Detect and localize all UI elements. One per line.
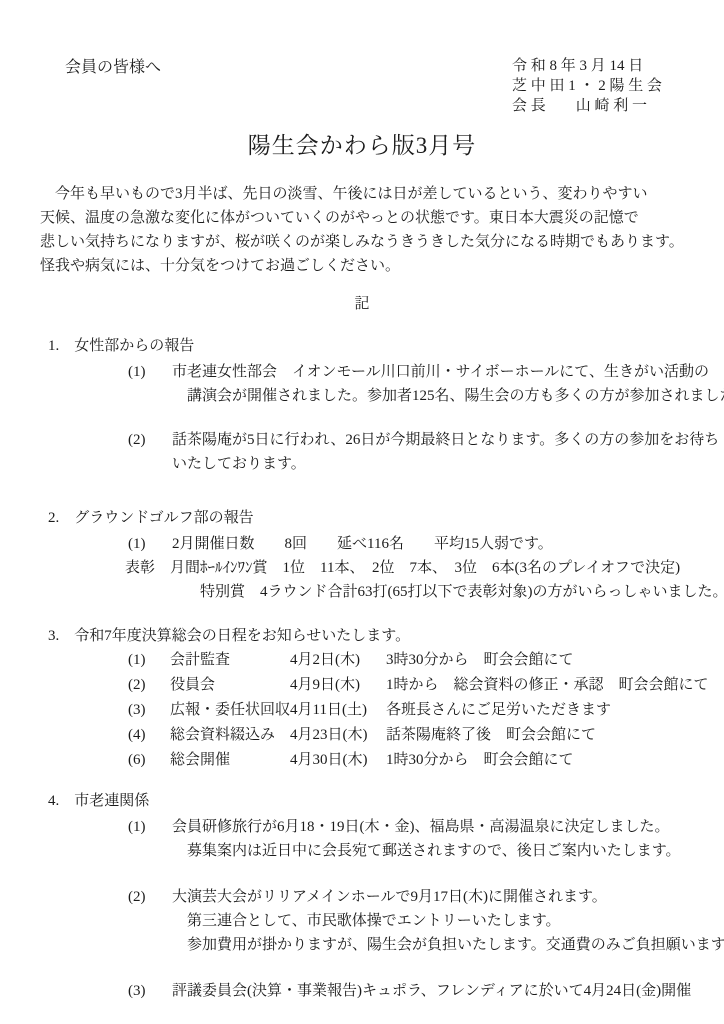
item-line: 大演芸大会がリリアメインホールで9月17日(木)に開催されます。 [172,885,724,909]
schedule-row: (1) 会計監査 4月2日(木) 3時30分から 町会会館にて [128,648,724,673]
record-marker: 記 [0,292,724,316]
page-title: 陽生会かわら版3月号 [0,130,724,162]
list-item: (1) 会員研修旅行が6月18・19日(木・金)、福島県・高湯温泉に決定しました… [128,815,724,863]
schedule-label: 総会資料綴込み [170,723,290,748]
schedule-detail: 各班長さんにご足労いただきます [386,698,724,723]
item-line: 会員研修旅行が6月18・19日(木・金)、福島県・高湯温泉に決定しました。 [172,815,724,839]
sender-association: 芝 中 田 1 ・ 2 陽 生 会 [512,76,662,96]
item-marker: (2) [128,885,172,957]
intro-line: 今年も早いもので3月半ば、先日の淡雪、午後には日が差しているという、変わりやすい [40,182,724,206]
item-marker: (3) [128,979,172,1003]
section-heading: 4. 市老連関係 [48,789,724,813]
list-item: (1) 市老連女性部会 イオンモール川口前川・サイボーホールにて、生きがい活動の… [128,360,724,408]
schedule-num: (3) [128,698,170,723]
schedule-date: 4月11日(土) [290,698,386,723]
item-line: 参加費用が掛かりますが、陽生会が負担いたします。交通費のみご負担願います。 [172,933,724,957]
item-line: 講演会が開催されました。参加者125名、陽生会の方も多くの方が参加されました。 [172,384,724,408]
newsletter-page: 会員の皆様へ 令 和 8 年 3 月 14 日 芝 中 田 1 ・ 2 陽 生 … [0,0,724,1024]
schedule-num: (2) [128,673,170,698]
salutation: 会員の皆様へ [65,56,161,80]
list-item: (1) 2月開催日数 8回 延べ116名 平均15人弱です。 [128,532,724,556]
intro-paragraph: 今年も早いもので3月半ば、先日の淡雪、午後には日が差しているという、変わりやすい… [40,182,724,278]
award-line: 表彰 月間ﾎｰﾙｲﾝﾜﾝ賞 1位 11本、 2位 7本、 3位 6本(3名のプレ… [125,556,724,580]
schedule-row: (6) 総会開催 4月30日(木) 1時30分から 町会会館にて [128,748,724,773]
document-header: 会員の皆様へ 令 和 8 年 3 月 14 日 芝 中 田 1 ・ 2 陽 生 … [40,56,724,116]
item-line: 募集案内は近日中に会長宛て郵送されますので、後日ご案内いたします。 [172,839,724,863]
sender-block: 令 和 8 年 3 月 14 日 芝 中 田 1 ・ 2 陽 生 会 会 長 山… [512,56,662,116]
section-meeting-schedule: 3. 令和7年度決算総会の日程をお知らせいたします。 (1) 会計監査 4月2日… [40,624,724,773]
item-lines: 2月開催日数 8回 延べ116名 平均15人弱です。 [172,532,724,556]
item-lines: 大演芸大会がリリアメインホールで9月17日(木)に開催されます。 第三連合として… [172,885,724,957]
schedule-label: 広報・委任状回収 [170,698,290,723]
list-item: (2) 大演芸大会がリリアメインホールで9月17日(木)に開催されます。 第三連… [128,885,724,957]
schedule-label: 会計監査 [170,648,290,673]
intro-line: 怪我や病気には、十分気をつけてお過ごしください。 [40,254,724,278]
schedule-row: (4) 総会資料綴込み 4月23日(木) 話茶陽庵終了後 町会会館にて [128,723,724,748]
schedule-label: 役員会 [170,673,290,698]
item-lines: 評議委員会(決算・事業報告)キュポラ、フレンディアに於いて4月24日(金)開催 [172,979,724,1003]
item-lines: 会員研修旅行が6月18・19日(木・金)、福島県・高湯温泉に決定しました。 募集… [172,815,724,863]
schedule-date: 4月9日(木) [290,673,386,698]
item-marker: (1) [128,815,172,863]
section-heading: 1. 女性部からの報告 [48,334,724,358]
schedule-row: (3) 広報・委任状回収 4月11日(土) 各班長さんにご足労いただきます [128,698,724,723]
schedule-detail: 1時30分から 町会会館にて [386,748,724,773]
section-heading: 3. 令和7年度決算総会の日程をお知らせいたします。 [48,624,724,648]
schedule-num: (4) [128,723,170,748]
schedule-num: (1) [128,648,170,673]
item-line: 話茶陽庵が5日に行われ、26日が今期最終日となります。多くの方の参加をお待ち [172,428,724,452]
schedule-label: 総会開催 [170,748,290,773]
section-shiroren: 4. 市老連関係 (1) 会員研修旅行が6月18・19日(木・金)、福島県・高湯… [40,789,724,1003]
intro-line: 悲しい気持ちになりますが、桜が咲くのが楽しみなうきうきした気分になる時期でもあり… [40,230,724,254]
item-marker: (1) [128,360,172,408]
item-lines: 市老連女性部会 イオンモール川口前川・サイボーホールにて、生きがい活動の 講演会… [172,360,724,408]
sender-chairman: 会 長 山 崎 利 一 [512,96,662,116]
schedule-detail: 話茶陽庵終了後 町会会館にて [386,723,724,748]
section-ground-golf: 2. グラウンドゴルフ部の報告 (1) 2月開催日数 8回 延べ116名 平均1… [40,506,724,604]
schedule-detail: 1時から 総会資料の修正・承認 町会会館にて [386,673,724,698]
list-item: (2) 話茶陽庵が5日に行われ、26日が今期最終日となります。多くの方の参加をお… [128,428,724,476]
list-item: (3) 評議委員会(決算・事業報告)キュポラ、フレンディアに於いて4月24日(金… [128,979,724,1003]
schedule-row: (2) 役員会 4月9日(木) 1時から 総会資料の修正・承認 町会会館にて [128,673,724,698]
schedule-detail: 3時30分から 町会会館にて [386,648,724,673]
item-line: いたしております。 [172,452,724,476]
section-womens-division: 1. 女性部からの報告 (1) 市老連女性部会 イオンモール川口前川・サイボーホ… [40,334,724,476]
intro-line: 天候、温度の急激な変化に体がついていくのがやっとの状態です。東日本大震災の記憶で [40,206,724,230]
item-marker: (1) [128,532,172,556]
item-line: 第三連合として、市民歌体操でエントリーいたします。 [172,909,724,933]
section-heading: 2. グラウンドゴルフ部の報告 [48,506,724,530]
schedule-date: 4月23日(木) [290,723,386,748]
item-line: 2月開催日数 8回 延べ116名 平均15人弱です。 [172,532,724,556]
item-marker: (2) [128,428,172,476]
special-award-line: 特別賞 4ラウンド合計63打(65打以下で表彰対象)の方がいらっしゃいました。 [200,580,724,604]
schedule-num: (6) [128,748,170,773]
item-lines: 話茶陽庵が5日に行われ、26日が今期最終日となります。多くの方の参加をお待ち い… [172,428,724,476]
schedule-date: 4月30日(木) [290,748,386,773]
schedule-date: 4月2日(木) [290,648,386,673]
item-line: 評議委員会(決算・事業報告)キュポラ、フレンディアに於いて4月24日(金)開催 [172,979,724,1003]
item-line: 市老連女性部会 イオンモール川口前川・サイボーホールにて、生きがい活動の [172,360,724,384]
sender-date: 令 和 8 年 3 月 14 日 [512,56,662,76]
